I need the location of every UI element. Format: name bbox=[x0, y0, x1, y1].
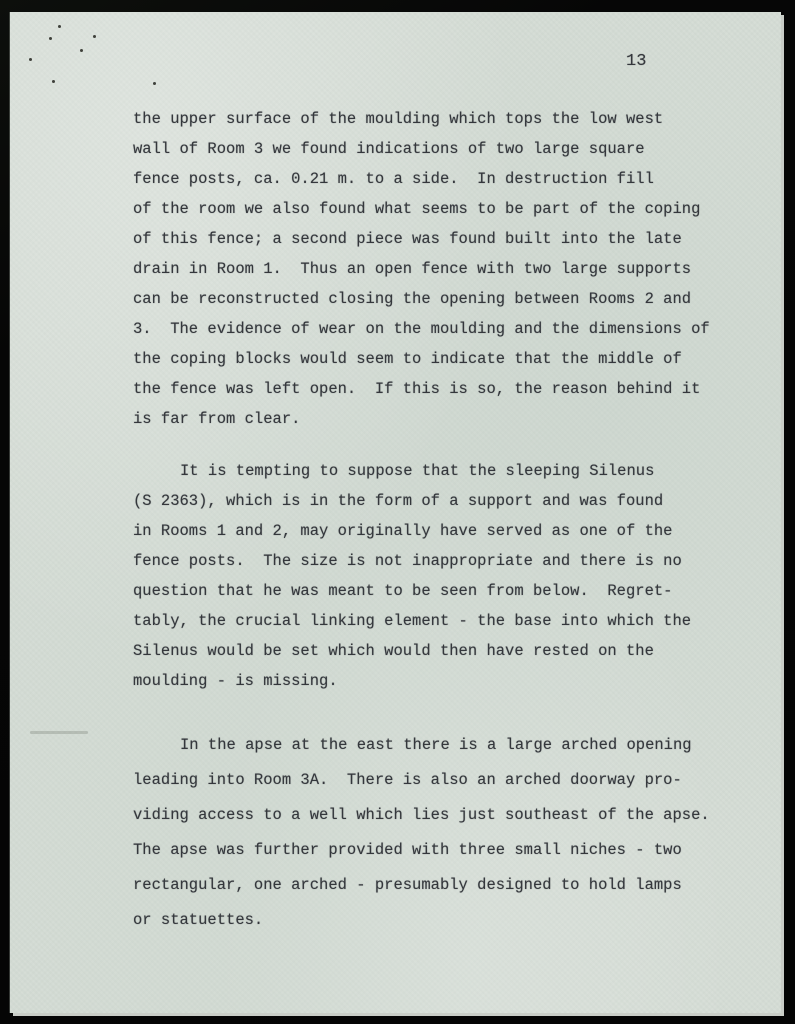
text-line: leading into Room 3A. There is also an a… bbox=[133, 763, 753, 798]
text-line: rectangular, one arched - presumably des… bbox=[133, 868, 753, 903]
ink-speck bbox=[49, 37, 52, 40]
text-line: (S 2363), which is in the form of a supp… bbox=[133, 486, 753, 516]
ink-speck bbox=[93, 35, 96, 38]
text-line: The apse was further provided with three… bbox=[133, 833, 753, 868]
text-line: the coping blocks would seem to indicate… bbox=[133, 344, 753, 374]
text-block: the upper surface of the moulding which … bbox=[133, 104, 753, 938]
text-line: 3. The evidence of wear on the moulding … bbox=[133, 314, 753, 344]
ink-speck bbox=[52, 80, 55, 83]
text-line: of the room we also found what seems to … bbox=[133, 194, 753, 224]
ink-speck bbox=[29, 58, 32, 61]
scan-background: 13 the upper surface of the moulding whi… bbox=[0, 0, 795, 1024]
text-line: moulding - is missing. bbox=[133, 666, 753, 696]
text-line: In the apse at the east there is a large… bbox=[133, 728, 753, 763]
text-line: of this fence; a second piece was found … bbox=[133, 224, 753, 254]
text-line: fence posts. The size is not inappropria… bbox=[133, 546, 753, 576]
text-line: drain in Room 1. Thus an open fence with… bbox=[133, 254, 753, 284]
ink-speck bbox=[153, 82, 156, 85]
text-line: question that he was meant to be seen fr… bbox=[133, 576, 753, 606]
paragraph: In the apse at the east there is a large… bbox=[133, 728, 753, 938]
text-line: the fence was left open. If this is so, … bbox=[133, 374, 753, 404]
paragraph: It is tempting to suppose that the sleep… bbox=[133, 456, 753, 696]
document-page: 13 the upper surface of the moulding whi… bbox=[10, 12, 781, 1013]
text-line: is far from clear. bbox=[133, 404, 753, 434]
text-line: viding access to a well which lies just … bbox=[133, 798, 753, 833]
pencil-smudge bbox=[30, 731, 88, 734]
text-line: Silenus would be set which would then ha… bbox=[133, 636, 753, 666]
text-line: wall of Room 3 we found indications of t… bbox=[133, 134, 753, 164]
text-line: in Rooms 1 and 2, may originally have se… bbox=[133, 516, 753, 546]
ink-speck bbox=[80, 49, 83, 52]
text-line: the upper surface of the moulding which … bbox=[133, 104, 753, 134]
paragraph: the upper surface of the moulding which … bbox=[133, 104, 753, 434]
page-number: 13 bbox=[626, 52, 646, 71]
text-line: can be reconstructed closing the opening… bbox=[133, 284, 753, 314]
text-line: tably, the crucial linking element - the… bbox=[133, 606, 753, 636]
ink-speck bbox=[58, 25, 61, 28]
text-line: or statuettes. bbox=[133, 903, 753, 938]
text-line: It is tempting to suppose that the sleep… bbox=[133, 456, 753, 486]
text-line: fence posts, ca. 0.21 m. to a side. In d… bbox=[133, 164, 753, 194]
